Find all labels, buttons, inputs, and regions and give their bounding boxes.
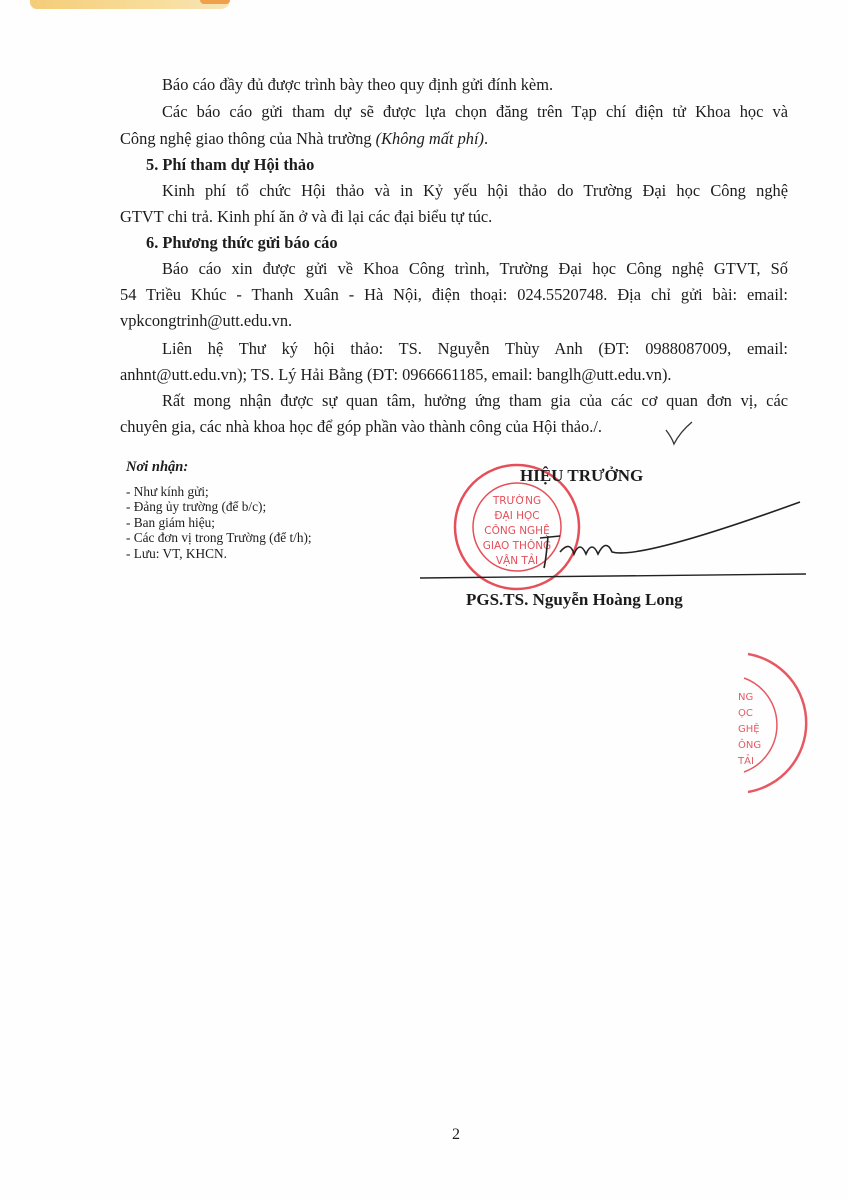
svg-text:ÔNG: ÔNG (738, 738, 761, 751)
official-seal-partial-icon: NG ỌC GHỆ ÔNG TẢI (738, 648, 848, 798)
recipient-item: - Các đơn vị trong Trường (để t/h); (126, 530, 312, 546)
paragraph: Liên hệ Thư ký hội thảo: TS. Nguyễn Thùy… (120, 338, 788, 360)
paragraph: Báo cáo xin được gửi về Khoa Công trình,… (120, 258, 788, 280)
text: . (484, 129, 488, 148)
paragraph: anhnt@utt.edu.vn); TS. Lý Hải Bằng (ĐT: … (120, 364, 788, 386)
checkmark-initial-icon (664, 420, 694, 446)
paragraph: Báo cáo đầy đủ được trình bày theo quy đ… (120, 74, 788, 96)
paragraph: 54 Triều Khúc - Thanh Xuân - Hà Nội, điệ… (120, 284, 788, 306)
text: Công nghệ giao thông của Nhà trường (120, 129, 376, 148)
signer-name: PGS.TS. Nguyễn Hoàng Long (466, 590, 683, 610)
scan-artifact (200, 0, 230, 4)
email-link: vpkcongtrinh@utt.edu.vn. (120, 310, 788, 332)
recipient-item: - Như kính gửi; (126, 484, 312, 500)
svg-text:NG: NG (738, 692, 753, 703)
recipients-title: Nơi nhận: (126, 460, 312, 476)
recipients-block: Nơi nhận: - Như kính gửi; - Đảng ủy trườ… (126, 460, 312, 562)
signer-title: HIỆU TRƯỞNG (520, 466, 643, 486)
paragraph: Kinh phí tổ chức Hội thảo và in Kỷ yếu h… (120, 180, 788, 202)
paragraph: GTVT chi trả. Kinh phí ăn ở và đi lại cá… (120, 206, 788, 228)
svg-text:TẢI: TẢI (738, 753, 754, 767)
paragraph: Rất mong nhận được sự quan tâm, hưởng ứn… (120, 390, 788, 412)
recipient-item: - Đảng ủy trường (để b/c); (126, 499, 312, 515)
recipient-item: - Ban giám hiệu; (126, 515, 312, 531)
recipient-item: - Lưu: VT, KHCN. (126, 546, 312, 562)
section-heading: 5. Phí tham dự Hội thảo (146, 154, 814, 176)
svg-text:GHỆ: GHỆ (738, 722, 760, 735)
svg-text:ỌC: ỌC (738, 708, 753, 719)
text-italic: (Không mất phí) (376, 129, 484, 148)
paragraph: Các báo cáo gửi tham dự sẽ được lựa chọn… (120, 101, 788, 123)
page-number: 2 (452, 1126, 460, 1144)
signature-icon (420, 490, 810, 590)
paragraph: Công nghệ giao thông của Nhà trường (Khô… (120, 128, 788, 150)
section-heading: 6. Phương thức gửi báo cáo (146, 232, 814, 254)
